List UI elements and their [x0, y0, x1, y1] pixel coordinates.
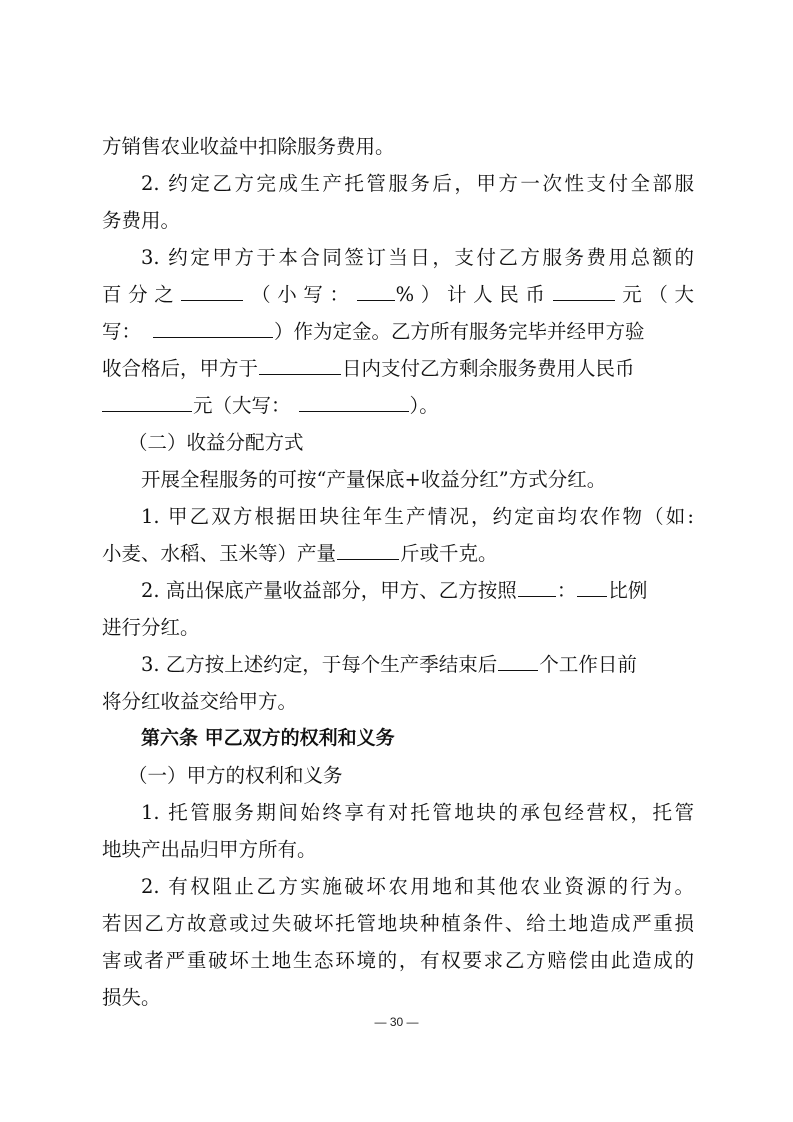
fill-blank-deposit-uppercase[interactable] — [153, 315, 273, 338]
text: 3. 乙方按上述约定，于每个生产季结束后 — [141, 653, 497, 676]
text: ）作为定金。乙方所有服务完毕并经甲方验 — [274, 320, 645, 343]
text-line: 1. 甲乙双方根据田块往年生产情况，约定亩均农作物（如: — [102, 498, 694, 535]
text: 比例 — [608, 579, 647, 602]
text-line: 3. 乙方按上述约定，于每个生产季结束后个工作日前 — [102, 646, 694, 683]
text-line: 若因乙方故意或过失破坏托管地块种植条件、给土地造成严重损 — [102, 905, 694, 942]
text-line: 2. 约定乙方完成生产托管服务后，甲方一次性支付全部服 — [102, 165, 694, 202]
text-line: 3. 约定甲方于本合同签订当日，支付乙方服务费用总额的 — [102, 239, 694, 276]
text: ： — [557, 579, 577, 602]
document-page: 方销售农业收益中扣除服务费用。 2. 约定乙方完成生产托管服务后，甲方一次性支付… — [102, 128, 694, 1016]
page-number: — 30 — — [0, 1015, 793, 1029]
fill-blank-ratio-party-b[interactable] — [577, 574, 607, 597]
text-line: 地块产出品归甲方所有。 — [102, 831, 694, 868]
text: 个工作日前 — [539, 653, 637, 676]
text-line: 元（大写：）。 — [102, 387, 694, 424]
text-line: 害或者严重破坏土地生态环境的，有权要求乙方赔偿由此造成的 — [102, 942, 694, 979]
text-line: 进行分红。 — [102, 609, 694, 646]
text: 收合格后，甲方于 — [102, 357, 258, 380]
text: 小麦、水稻、玉米等）产量 — [102, 542, 336, 565]
text-line: 损失。 — [102, 979, 694, 1016]
text: ）。 — [410, 394, 439, 417]
fill-blank-ratio-party-a[interactable] — [518, 574, 556, 597]
text: 元（大写： — [193, 394, 291, 417]
text-line: 1. 托管服务期间始终享有对托管地块的承包经营权，托管 — [102, 794, 694, 831]
text-line: 2. 高出保底产量收益部分，甲方、乙方按照：比例 — [102, 572, 694, 609]
text: %）计人民币 — [396, 283, 552, 306]
text-line: 写：）作为定金。乙方所有服务完毕并经甲方验 — [102, 313, 694, 350]
fill-blank-percent-words[interactable] — [181, 278, 243, 301]
fill-blank-remaining-uppercase[interactable] — [299, 389, 409, 412]
text: 元（大 — [616, 283, 694, 306]
fill-blank-payment-days[interactable] — [259, 352, 341, 375]
text-line: 开展全程服务的可按“产量保底+收益分红”方式分红。 — [102, 461, 694, 498]
text: 写： — [102, 320, 141, 343]
text-line: 收合格后，甲方于日内支付乙方剩余服务费用人民币 — [102, 350, 694, 387]
fill-blank-remaining-amount[interactable] — [102, 389, 192, 412]
text: 斤或千克。 — [400, 542, 498, 565]
text-line: 方销售农业收益中扣除服务费用。 — [102, 128, 694, 165]
text: 2. 高出保底产量收益部分，甲方、乙方按照 — [141, 579, 517, 602]
text: （小写： — [244, 283, 355, 306]
text-line: 务费用。 — [102, 202, 694, 239]
text-line: 小麦、水稻、玉米等）产量斤或千克。 — [102, 535, 694, 572]
section-heading: （一）甲方的权利和义务 — [102, 757, 694, 794]
fill-blank-yield[interactable] — [337, 537, 399, 560]
fill-blank-percent-number[interactable] — [357, 278, 395, 301]
fill-blank-working-days[interactable] — [498, 648, 538, 671]
text: 日内支付乙方剩余服务费用人民币 — [342, 357, 635, 380]
article-heading: 第六条 甲乙双方的权利和义务 — [102, 720, 694, 757]
fill-blank-deposit-amount[interactable] — [553, 278, 615, 301]
text-line: 将分红收益交给甲方。 — [102, 683, 694, 720]
text: 百分之 — [102, 283, 180, 306]
text-line: 2. 有权阻止乙方实施破坏农用地和其他农业资源的行为。 — [102, 868, 694, 905]
section-heading: （二）收益分配方式 — [102, 424, 694, 461]
text-line-deposit-percentage: 百分之（小写：%）计人民币元（大 — [102, 276, 694, 313]
